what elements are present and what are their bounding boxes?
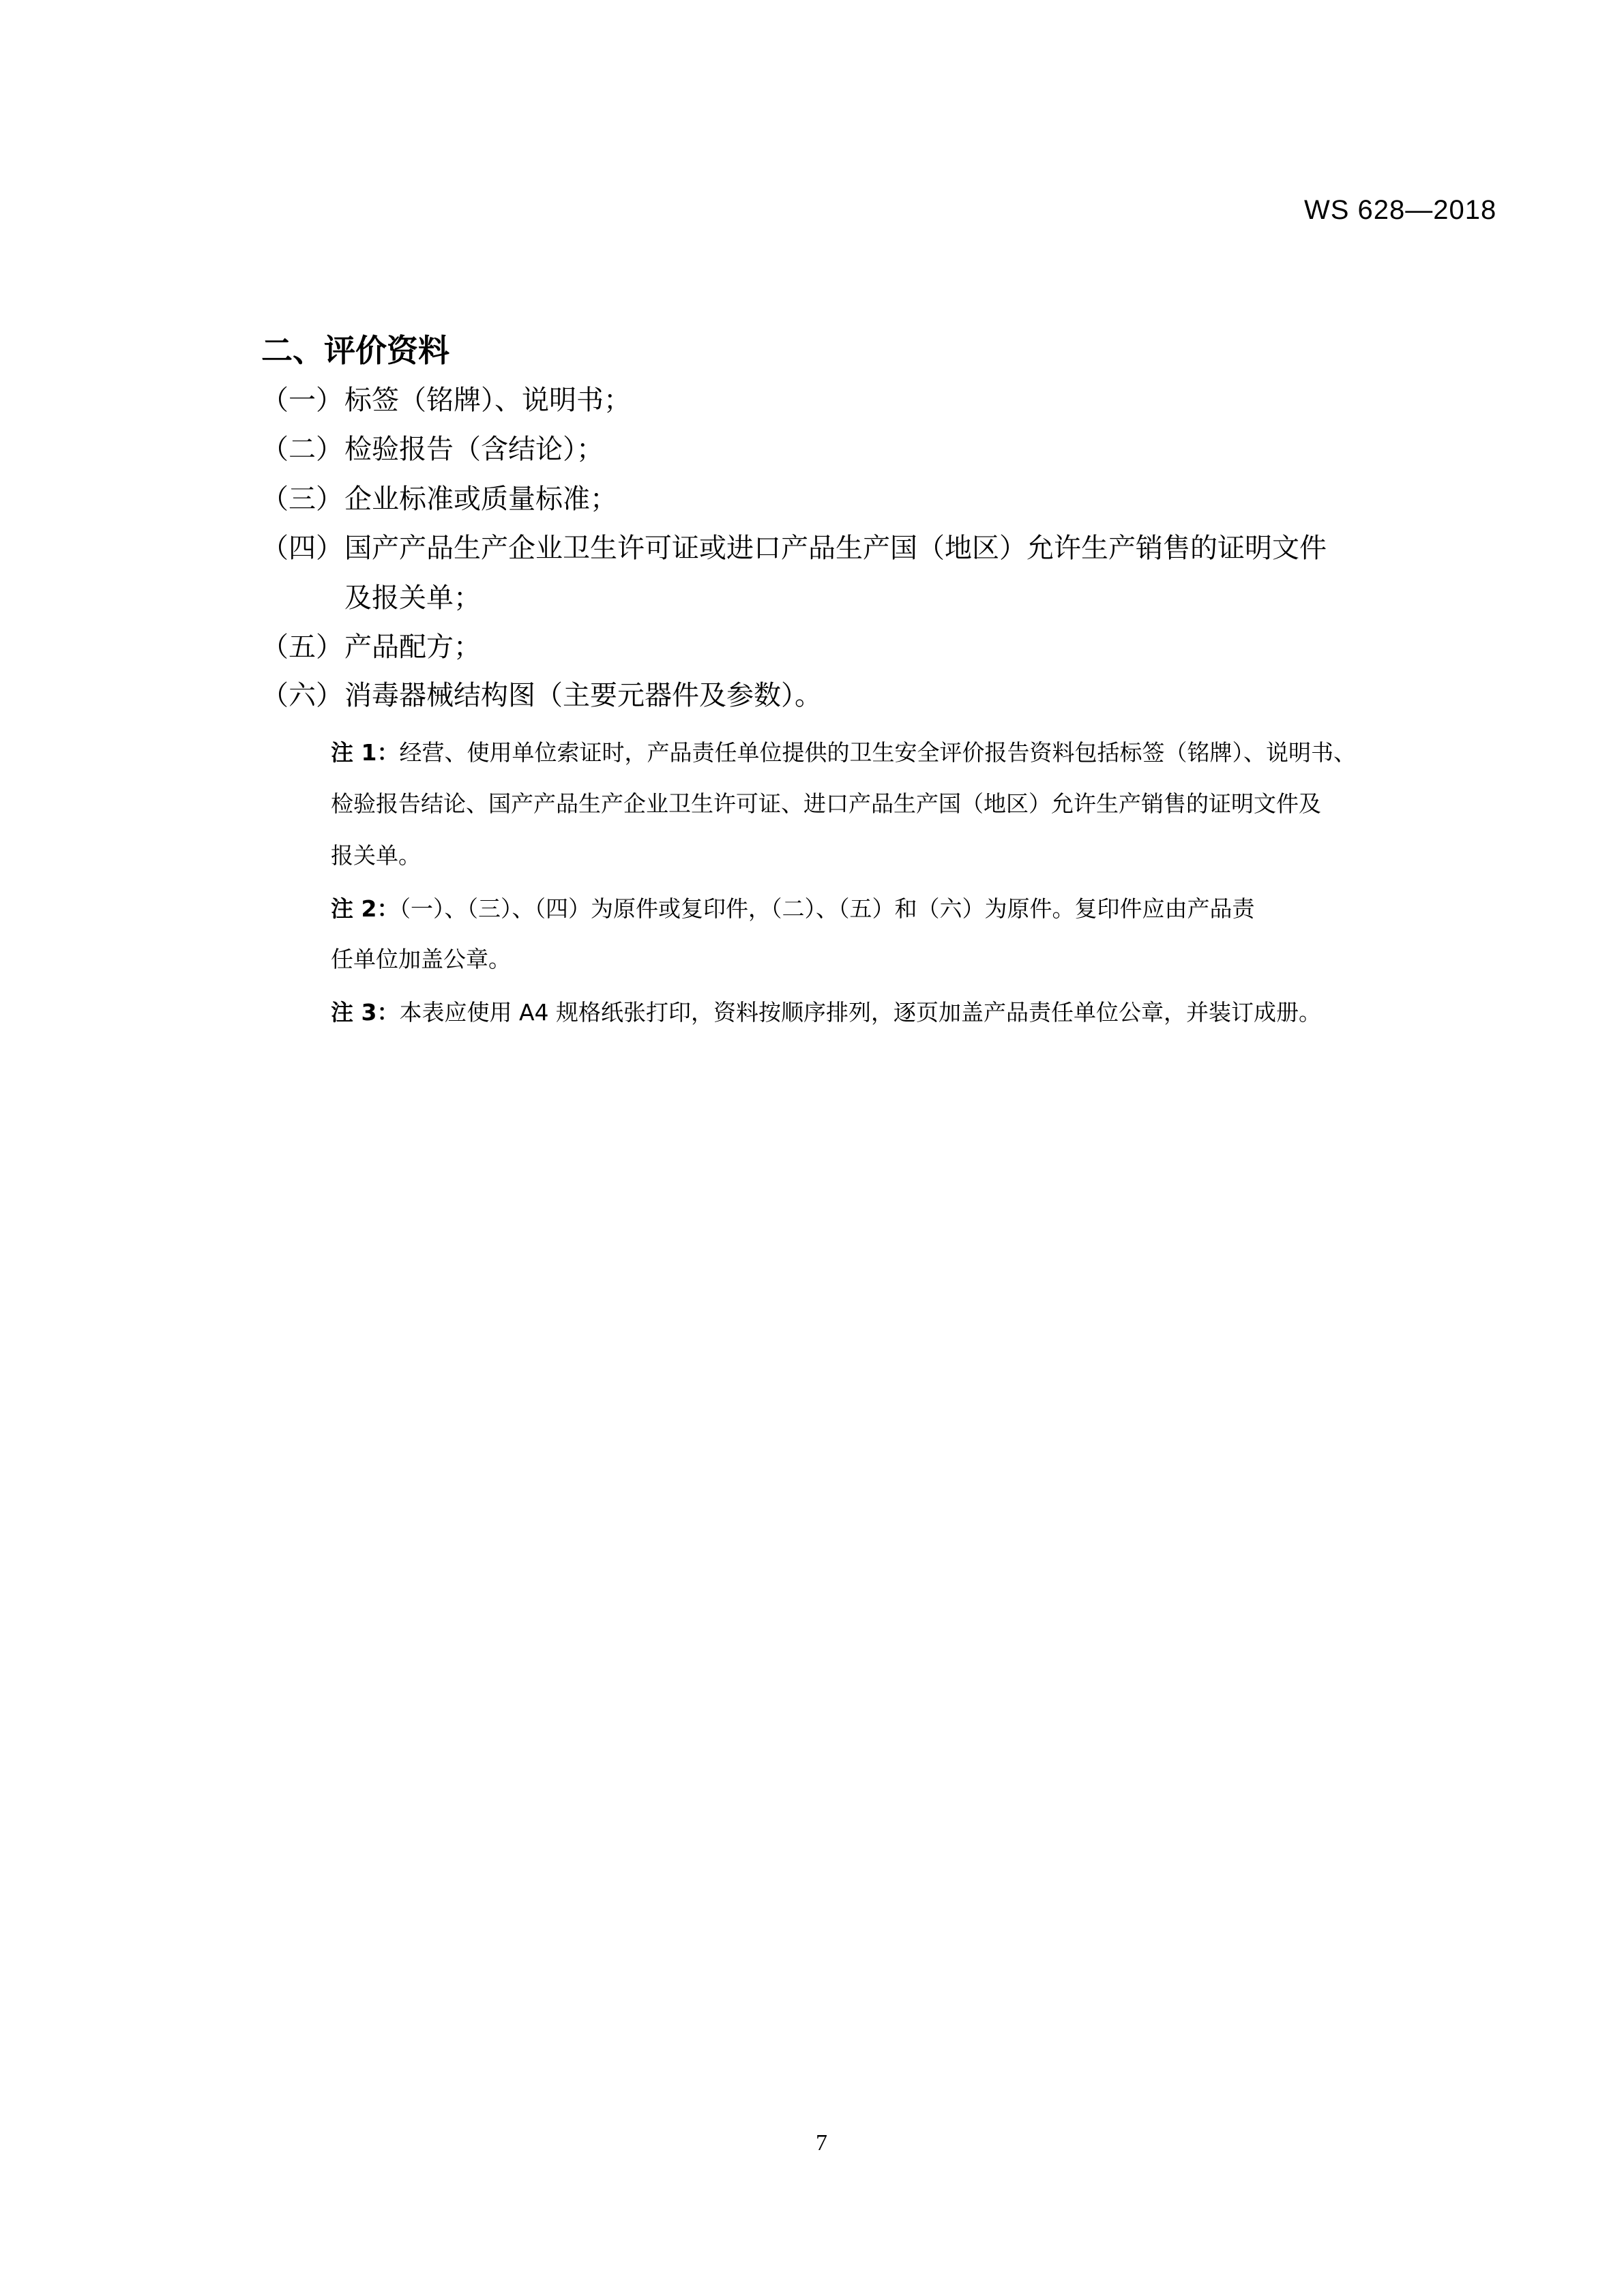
page-number: 7 — [816, 2130, 827, 2156]
note-2-line: 任单位加盖公章。 — [331, 942, 511, 974]
item-text: 产品配方； — [344, 631, 481, 663]
item-text: 消毒器械结构图（主要元器件及参数）。 — [344, 680, 822, 711]
note-text: 经营、使用单位索证时，产品责任单位提供的卫生安全评价报告资料包括标签（铭牌）、说… — [399, 739, 1356, 766]
note-label: 注 3： — [331, 999, 399, 1026]
note-label: 注 1： — [331, 739, 399, 766]
note-2-line: 注 2：（一）、（三）、（四）为原件或复印件，（二）、（五）和（六）为原件。复印… — [331, 891, 1254, 923]
note-1-line: 注 1：经营、使用单位索证时，产品责任单位提供的卫生安全评价报告资料包括标签（铭… — [331, 735, 1356, 767]
note-3-line: 注 3：本表应使用 A4 规格纸张打印，资料按顺序排列，逐页加盖产品责任单位公章… — [331, 995, 1321, 1027]
note-text: 本表应使用 A4 规格纸张打印，资料按顺序排列，逐页加盖产品责任单位公章，并装订… — [399, 999, 1321, 1026]
item-label: （一） — [261, 378, 344, 417]
list-item: （一）标签（铭牌）、说明书； — [261, 378, 631, 417]
item-label: （六） — [261, 674, 344, 713]
item-text: 国产产品生产企业卫生许可证或进口产品生产国（地区）允许生产销售的证明文件 — [344, 533, 1327, 564]
section-title: 二、评价资料 — [261, 326, 449, 371]
item-text: 检验报告（含结论）； — [344, 434, 604, 465]
document-code: WS 628—2018 — [1304, 195, 1496, 226]
list-item-continuation: 及报关单； — [344, 576, 481, 615]
item-label: （四） — [261, 526, 344, 565]
note-text: （一）、（三）、（四）为原件或复印件，（二）、（五）和（六）为原件。复印件应由产… — [399, 895, 1254, 922]
note-1-line: 检验报告结论、国产产品生产企业卫生许可证、进口产品生产国（地区）允许生产销售的证… — [331, 786, 1321, 818]
item-text: 企业标准或质量标准； — [344, 483, 617, 515]
item-label: （五） — [261, 625, 344, 664]
item-label: （二） — [261, 428, 344, 466]
item-label: （三） — [261, 477, 344, 516]
note-1-line: 报关单。 — [331, 838, 421, 870]
list-item: （三）企业标准或质量标准； — [261, 477, 617, 516]
item-text: 标签（铭牌）、说明书； — [344, 385, 631, 416]
list-item: （六）消毒器械结构图（主要元器件及参数）。 — [261, 674, 822, 713]
note-label: 注 2： — [331, 895, 399, 922]
list-item: （二）检验报告（含结论）； — [261, 428, 604, 466]
list-item: （四）国产产品生产企业卫生许可证或进口产品生产国（地区）允许生产销售的证明文件 — [261, 526, 1327, 565]
list-item: （五）产品配方； — [261, 625, 481, 664]
